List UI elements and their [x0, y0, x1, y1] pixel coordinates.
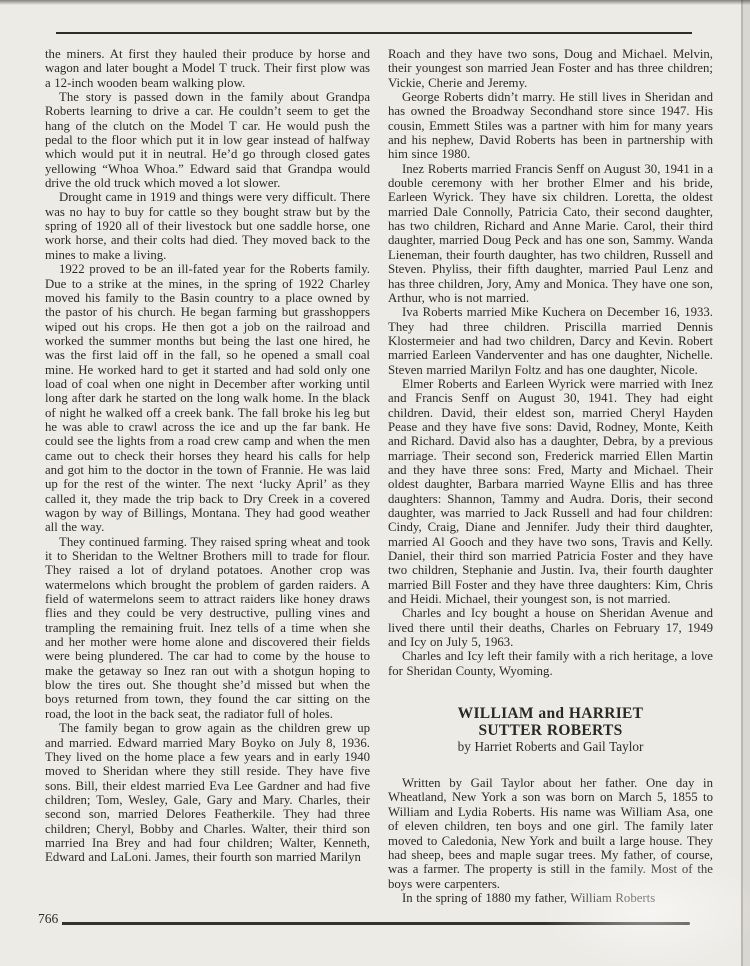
body-paragraph: the miners. At first they hauled their p…	[45, 47, 370, 90]
right-column: Roach and they have two sons, Doug and M…	[388, 47, 713, 950]
section-byline: by Harriet Roberts and Gail Taylor	[388, 739, 713, 755]
book-page: the miners. At first they hauled their p…	[0, 0, 743, 966]
body-paragraph: Charles and Icy bought a house on Sherid…	[388, 606, 713, 649]
body-paragraph: Drought came in 1919 and things were ver…	[45, 190, 370, 262]
body-paragraph: 1922 proved to be an ill-fated year for …	[45, 262, 370, 535]
section-title-line2: SUTTER ROBERTS	[388, 722, 713, 739]
page-content: the miners. At first they hauled their p…	[45, 47, 713, 950]
footer-rule	[62, 922, 690, 925]
body-paragraph: Inez Roberts married Francis Senff on Au…	[388, 162, 713, 305]
left-column: the miners. At first they hauled their p…	[45, 47, 370, 950]
body-paragraph: Roach and they have two sons, Doug and M…	[388, 47, 713, 90]
body-paragraph: They continued farming. They raised spri…	[45, 535, 370, 721]
body-paragraph: Iva Roberts married Mike Kuchera on Dece…	[388, 305, 713, 377]
top-rule	[56, 32, 692, 34]
section-heading: WILLIAM and HARRIET SUTTER ROBERTS by Ha…	[388, 705, 713, 755]
body-paragraph: George Roberts didn’t marry. He still li…	[388, 90, 713, 162]
body-paragraph: In the spring of 1880 my father, William…	[388, 891, 713, 905]
body-paragraph: Charles and Icy left their family with a…	[388, 649, 713, 678]
body-paragraph: Written by Gail Taylor about her father.…	[388, 776, 713, 891]
section-title-line1: WILLIAM and HARRIET	[388, 705, 713, 722]
page-edge	[741, 0, 743, 966]
body-paragraph: The story is passed down in the family a…	[45, 90, 370, 190]
body-paragraph: Elmer Roberts and Earleen Wyrick were ma…	[388, 377, 713, 607]
page-number: 766	[38, 911, 58, 927]
body-paragraph: The family began to grow again as the ch…	[45, 721, 370, 864]
